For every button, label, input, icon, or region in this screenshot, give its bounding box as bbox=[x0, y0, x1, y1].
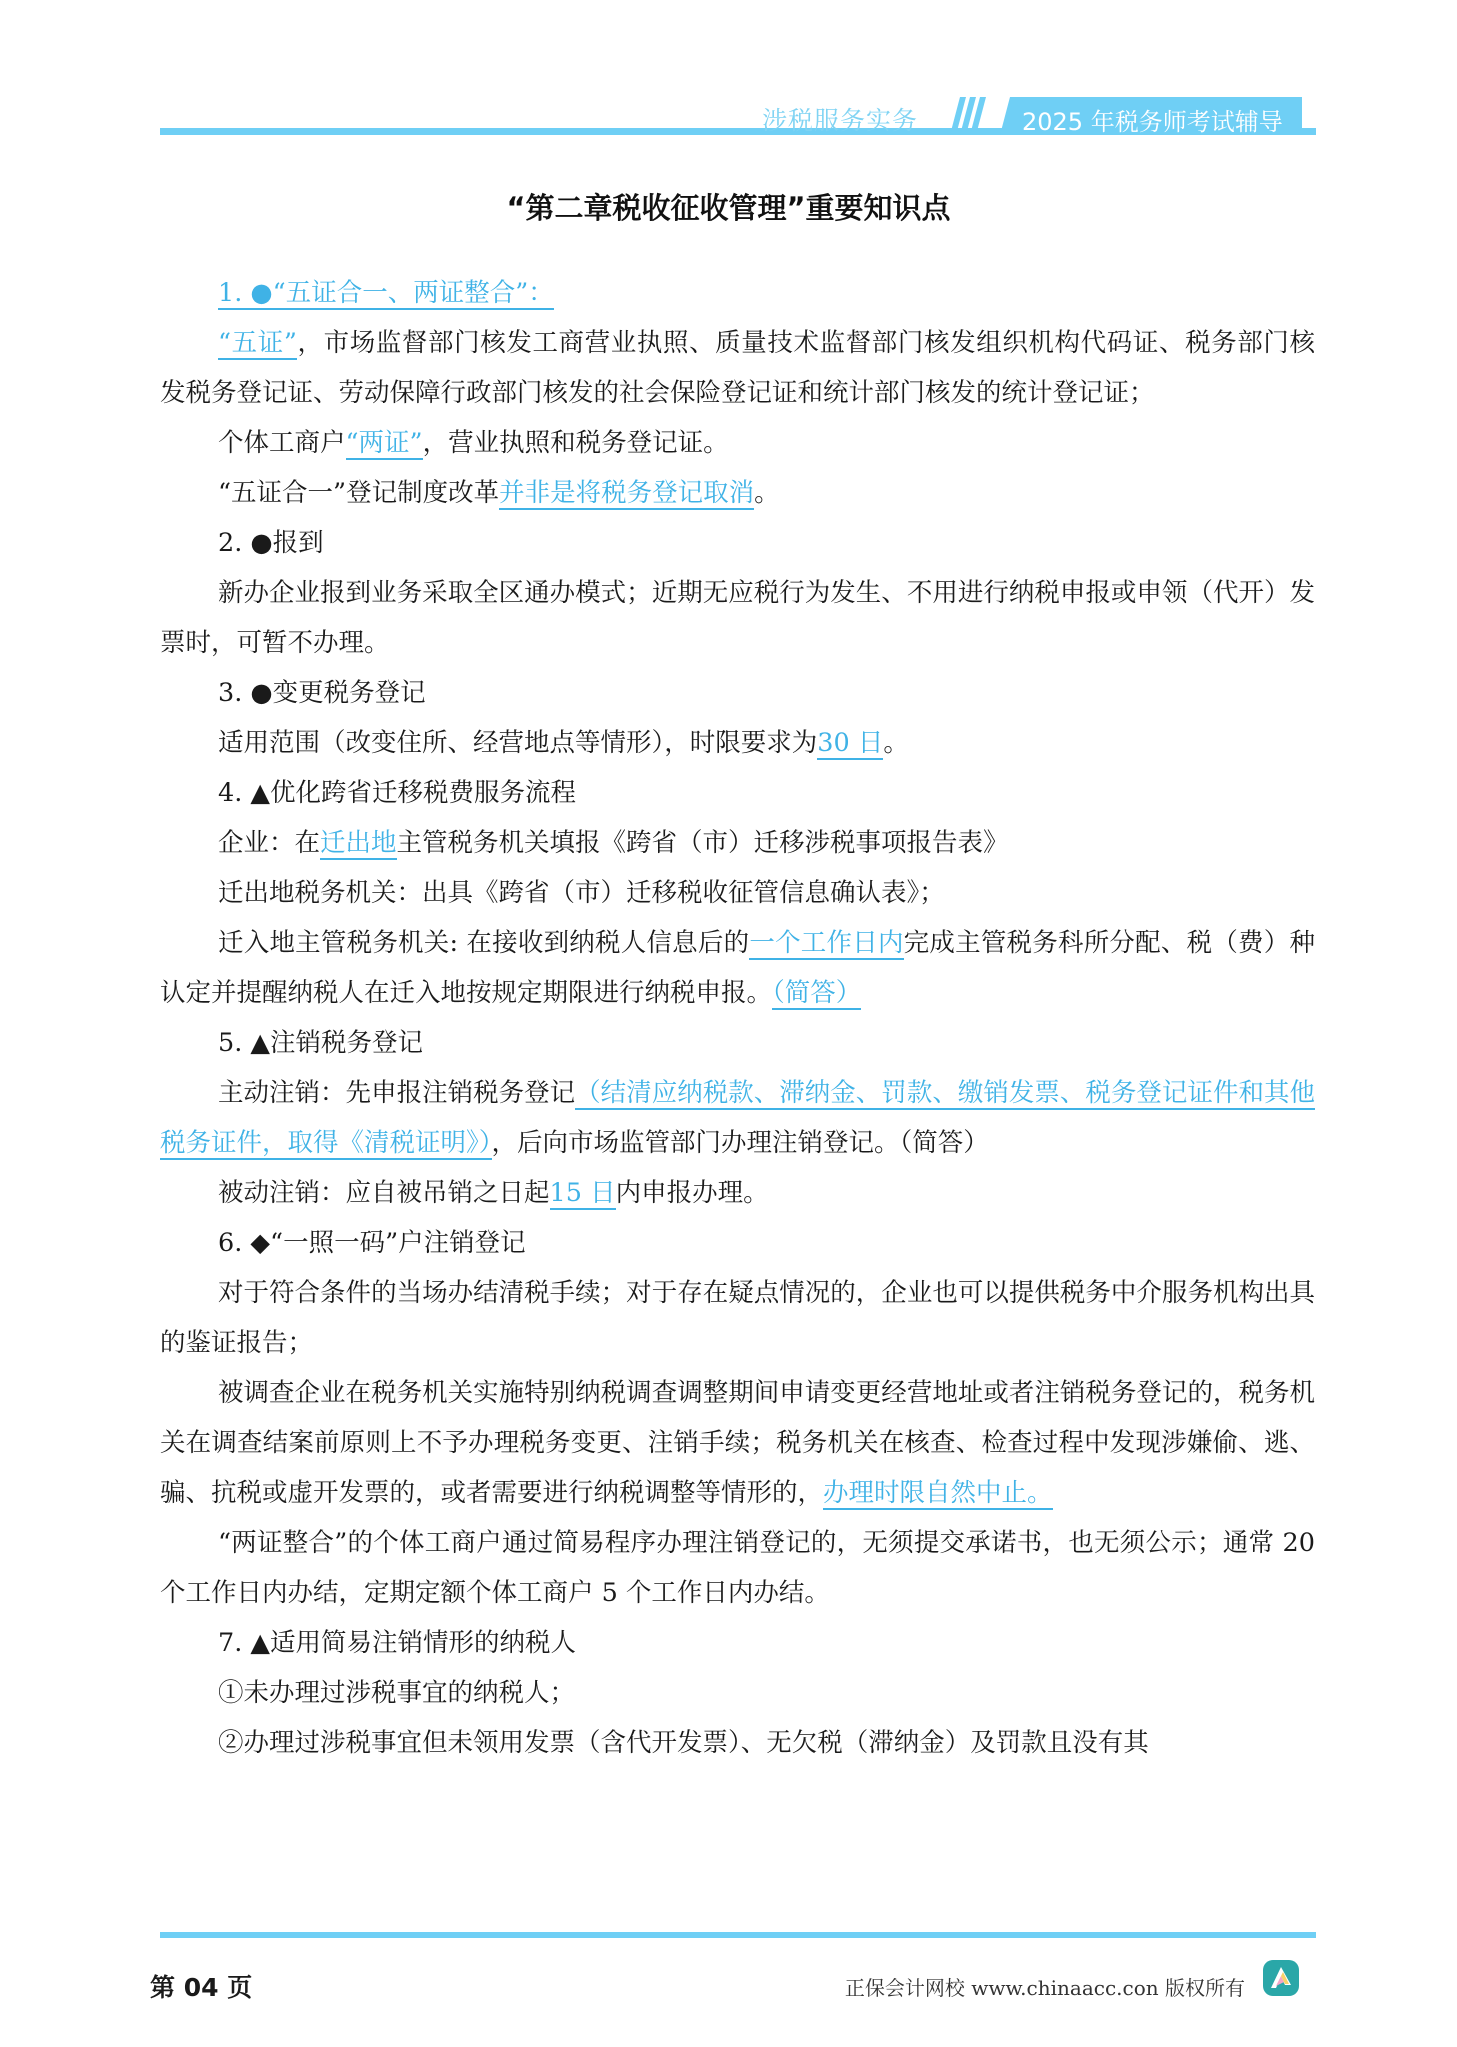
list-item: ①未办理过涉税事宜的纳税人； bbox=[160, 1668, 1315, 1718]
paragraph: 被动注销：应自被吊销之日起15 日内申报办理。 bbox=[160, 1168, 1315, 1218]
paragraph: “两证整合”的个体工商户通过简易程序办理注销登记的，无须提交承诺书，也无须公示；… bbox=[160, 1518, 1315, 1618]
paragraph-text: 主管税务机关填报《跨省（市）迁移涉税事项报告表》 bbox=[397, 828, 1009, 858]
paragraph: 新办企业报到业务采取全区通办模式；近期无应税行为发生、不用进行纳税申报或申领（代… bbox=[160, 568, 1315, 668]
section-heading: 7. ▲适用简易注销情形的纳税人 bbox=[160, 1618, 1315, 1668]
highlight: 并非是将税务登记取消 bbox=[499, 478, 754, 510]
paragraph-text: 。 bbox=[883, 728, 909, 758]
paragraph-text: 迁入地主管税务机关: 在接收到纳税人信息后的 bbox=[218, 928, 749, 958]
section-heading: 3. ●变更税务登记 bbox=[160, 668, 1315, 718]
paragraph-text: 个体工商户 bbox=[218, 428, 346, 458]
paragraph-text: “五证合一”登记制度改革 bbox=[218, 478, 499, 508]
footer-rule bbox=[160, 1932, 1316, 1938]
paragraph-text: ，后向市场监管部门办理注销登记。（简答） bbox=[492, 1128, 989, 1158]
highlight: 办理时限自然中止。 bbox=[823, 1478, 1053, 1510]
header-series-box: 2025 年税务师考试辅导 bbox=[1000, 97, 1302, 135]
paragraph-text: 内申报办理。 bbox=[616, 1178, 769, 1208]
paragraph: 对于符合条件的当场办结清税手续；对于存在疑点情况的，企业也可以提供税务中介服务机… bbox=[160, 1268, 1315, 1368]
chinaacc-logo-icon bbox=[1263, 1960, 1299, 1996]
highlight: 一个工作日内 bbox=[749, 928, 903, 960]
header-subject: 涉税服务实务 bbox=[762, 101, 918, 137]
paragraph: 个体工商户“两证”，营业执照和税务登记证。 bbox=[160, 418, 1315, 468]
paragraph: “五证合一”登记制度改革并非是将税务登记取消。 bbox=[160, 468, 1315, 518]
paragraph: 企业：在迁出地主管税务机关填报《跨省（市）迁移涉税事项报告表》 bbox=[160, 818, 1315, 868]
highlight: 30 日 bbox=[817, 728, 883, 760]
section-heading: 5. ▲注销税务登记 bbox=[160, 1018, 1315, 1068]
section-heading: 2. ●报到 bbox=[160, 518, 1315, 568]
page-number: 第 04 页 bbox=[150, 1968, 252, 2004]
header-slashes-icon bbox=[950, 97, 994, 135]
paragraph-text: 主动注销：先申报注销税务登记 bbox=[218, 1078, 575, 1108]
section-heading: 4. ▲优化跨省迁移税费服务流程 bbox=[160, 768, 1315, 818]
highlight: “五证” bbox=[218, 328, 297, 360]
highlight: 15 日 bbox=[550, 1178, 616, 1210]
list-item: ②办理过涉税事宜但未领用发票（含代开发票）、无欠税（滞纳金）及罚款且没有其 bbox=[160, 1718, 1315, 1768]
document-body: 1. ●“五证合一、两证整合”： “五证”，市场监督部门核发工商营业执照、质量技… bbox=[160, 268, 1315, 1768]
copyright-text: 正保会计网校 www.chinaacc.con 版权所有 bbox=[845, 1972, 1245, 2001]
paragraph: 适用范围（改变住所、经营地点等情形），时限要求为30 日。 bbox=[160, 718, 1315, 768]
paragraph: 迁入地主管税务机关: 在接收到纳税人信息后的一个工作日内完成主管税务科所分配、税… bbox=[160, 918, 1315, 1018]
paragraph-text: 。 bbox=[754, 478, 780, 508]
paragraph-text: ，市场监督部门核发工商营业执照、质量技术监督部门核发组织机构代码证、税务部门核发… bbox=[160, 328, 1315, 408]
paragraph: “五证”，市场监督部门核发工商营业执照、质量技术监督部门核发组织机构代码证、税务… bbox=[160, 318, 1315, 418]
paragraph-text: 适用范围（改变住所、经营地点等情形），时限要求为 bbox=[218, 728, 817, 758]
highlight: （简答） bbox=[772, 978, 861, 1010]
section-heading: 1. ●“五证合一、两证整合”： bbox=[160, 268, 1315, 318]
paragraph: 主动注销：先申报注销税务登记（结清应纳税款、滞纳金、罚款、缴销发票、税务登记证件… bbox=[160, 1068, 1315, 1168]
highlight: 1. ●“五证合一、两证整合”： bbox=[218, 278, 554, 310]
paragraph-text: ，营业执照和税务登记证。 bbox=[423, 428, 729, 458]
paragraph-text: 企业：在 bbox=[218, 828, 320, 858]
highlight: “两证” bbox=[346, 428, 423, 460]
paragraph: 迁出地税务机关：出具《跨省（市）迁移税收征管信息确认表》； bbox=[160, 868, 1315, 918]
page-header: 涉税服务实务 2025 年税务师考试辅导 bbox=[160, 95, 1316, 141]
paragraph: 被调查企业在税务机关实施特别纳税调查调整期间申请变更经营地址或者注销税务登记的，… bbox=[160, 1368, 1315, 1518]
logo-glyph-icon bbox=[1263, 1960, 1299, 1996]
section-heading: 6. ◆“一照一码”户注销登记 bbox=[160, 1218, 1315, 1268]
paragraph-text: 被动注销：应自被吊销之日起 bbox=[218, 1178, 550, 1208]
page-title: “第二章税收征收管理”重要知识点 bbox=[0, 186, 1457, 227]
highlight: 迁出地 bbox=[320, 828, 397, 860]
paragraph-text: 被调查企业在税务机关实施特别纳税调查调整期间申请变更经营地址或者注销税务登记的，… bbox=[160, 1378, 1315, 1508]
header-series: 2025 年税务师考试辅导 bbox=[1022, 102, 1283, 137]
